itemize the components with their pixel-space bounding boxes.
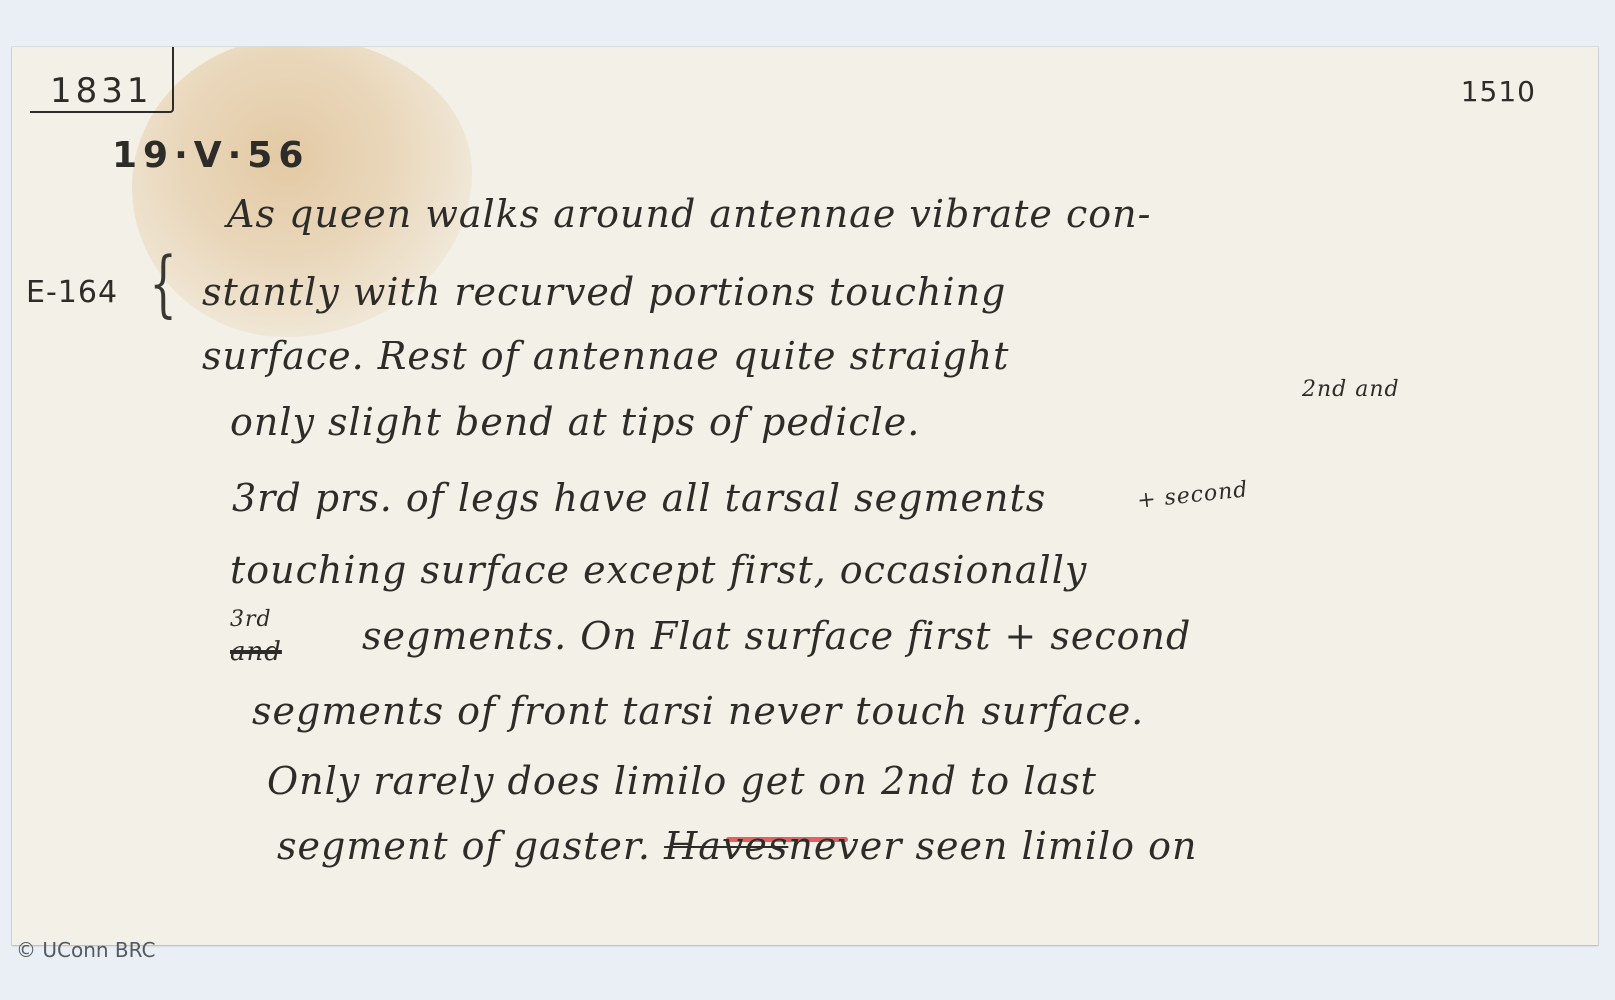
note-line-1: As queen walks around antennae vibrate c… — [227, 195, 1151, 233]
note-line-9: Only rarely does limilo get on 2nd to la… — [267, 762, 1097, 800]
insertion-plus-second: + second — [1136, 477, 1250, 514]
note-line-6: touching surface except first, occasiona… — [230, 551, 1087, 589]
insertion-2nd-and: 2nd and — [1302, 377, 1400, 402]
archive-viewer: 1831 1510 19·V·56 E-164 { As queen walks… — [0, 0, 1615, 1000]
note-line-9-end: get on 2nd to last — [727, 759, 1097, 803]
note-line-4: only slight bend at tips of pedicle. — [230, 403, 920, 441]
note-line-2: stantly with recurved portions touching — [202, 273, 1006, 311]
catalog-number: 1831 — [50, 71, 153, 111]
insertion-3rd: 3rd — [230, 607, 272, 632]
note-line-3: surface. Rest of antennae quite straight — [202, 337, 1009, 375]
card-number: 1510 — [1461, 75, 1536, 108]
margin-reference: E-164 — [26, 275, 118, 310]
brace-mark: { — [149, 241, 177, 325]
note-line-10-start: segment of gaster. — [277, 824, 664, 868]
struck-word: and — [230, 637, 282, 667]
note-line-10-end: never seen limilo on — [788, 824, 1197, 868]
index-card: 1831 1510 19·V·56 E-164 { As queen walks… — [12, 47, 1598, 945]
note-line-9-start: Only rarely does — [267, 759, 614, 803]
struck-text: Haves — [664, 824, 788, 868]
underlined-word: limilo — [614, 759, 728, 803]
note-line-8: segments of front tarsi never touch surf… — [252, 692, 1144, 730]
copyright-notice: © UConn BRC — [16, 938, 156, 962]
note-line-7: segments. On Flat surface first + second — [362, 617, 1191, 655]
note-line-5: 3rd prs. of legs have all tarsal segment… — [232, 479, 1046, 517]
entry-date: 19·V·56 — [112, 135, 309, 176]
note-line-10: segment of gaster. Havesnever seen limil… — [277, 827, 1198, 865]
